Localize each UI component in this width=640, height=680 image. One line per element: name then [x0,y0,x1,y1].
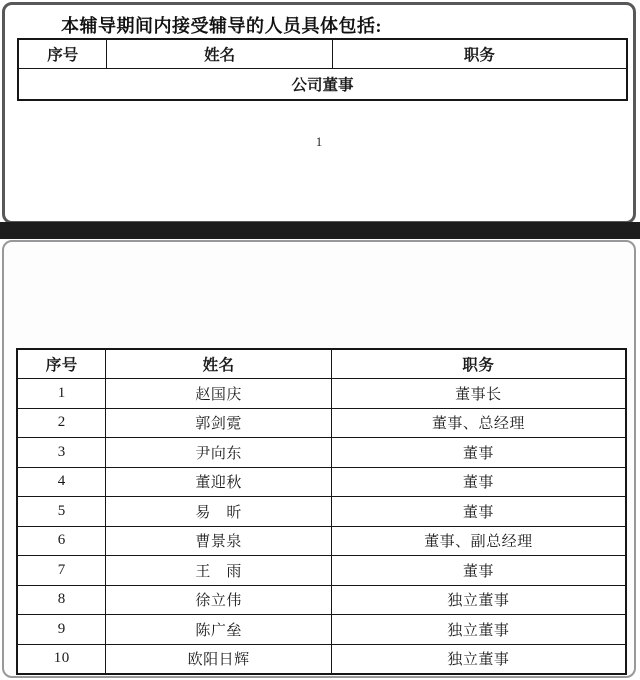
cell-name: 欧阳日辉 [106,644,331,674]
personnel-table-header-page1: 序号 姓名 职务 公司董事 [17,38,628,101]
cell-title: 董事长 [331,379,626,409]
table-row: 4 董迎秋 董事 [17,467,626,497]
cell-no: 7 [17,556,106,586]
cell-no: 3 [17,438,106,468]
cell-name: 尹向东 [106,438,331,468]
cell-no: 6 [17,526,106,556]
separator-bar [0,222,640,239]
cell-no: 10 [17,644,106,674]
page-snippet-2: 序号 姓名 职务 1 赵国庆 董事长 2 郭剑霓 董事、总经理 3 尹向东 [2,240,636,678]
cell-no: 9 [17,615,106,645]
column-header-title: 职务 [331,349,626,379]
column-header-title: 职务 [332,39,627,69]
table-row: 2 郭剑霓 董事、总经理 [17,408,626,438]
table-row: 10 欧阳日辉 独立董事 [17,644,626,674]
cell-title: 独立董事 [331,585,626,615]
cell-no: 2 [17,408,106,438]
column-header-name: 姓名 [106,349,331,379]
section-row-label: 公司董事 [18,69,627,101]
table-row: 3 尹向东 董事 [17,438,626,468]
cell-title: 董事 [331,556,626,586]
table-row: 1 赵国庆 董事长 [17,379,626,409]
cell-title: 董事 [331,497,626,527]
column-header-name: 姓名 [107,39,332,69]
table-row: 5 易 昕 董事 [17,497,626,527]
table-row: 6 曹景泉 董事、副总经理 [17,526,626,556]
document-title: 本辅导期间内接受辅导的人员具体包括: [61,12,382,38]
cell-name: 徐立伟 [106,585,331,615]
table-header-row: 序号 姓名 职务 [18,39,627,69]
table-row: 9 陈广垒 独立董事 [17,615,626,645]
page-snippet-1: 本辅导期间内接受辅导的人员具体包括: 序号 姓名 职务 公司董事 1 [2,2,636,224]
cell-title: 独立董事 [331,615,626,645]
personnel-table-page2: 序号 姓名 职务 1 赵国庆 董事长 2 郭剑霓 董事、总经理 3 尹向东 [16,348,627,675]
cell-title: 董事 [331,438,626,468]
cell-no: 4 [17,467,106,497]
cell-name: 赵国庆 [106,379,331,409]
cell-title: 董事、副总经理 [331,526,626,556]
page-number: 1 [5,135,633,150]
cell-title: 独立董事 [331,644,626,674]
cell-title: 董事、总经理 [331,408,626,438]
cell-name: 董迎秋 [106,467,331,497]
cell-name: 陈广垒 [106,615,331,645]
cell-name: 王 雨 [106,556,331,586]
table-header-row: 序号 姓名 职务 [17,349,626,379]
document-view: 本辅导期间内接受辅导的人员具体包括: 序号 姓名 职务 公司董事 1 [0,0,640,680]
column-header-no: 序号 [17,349,106,379]
cell-name: 易 昕 [106,497,331,527]
cell-no: 1 [17,379,106,409]
cell-no: 8 [17,585,106,615]
cell-no: 5 [17,497,106,527]
cell-title: 董事 [331,467,626,497]
cell-name: 郭剑霓 [106,408,331,438]
section-row-company-directors: 公司董事 [18,69,627,101]
table-row: 8 徐立伟 独立董事 [17,585,626,615]
column-header-no: 序号 [18,39,107,69]
table-row: 7 王 雨 董事 [17,556,626,586]
cell-name: 曹景泉 [106,526,331,556]
